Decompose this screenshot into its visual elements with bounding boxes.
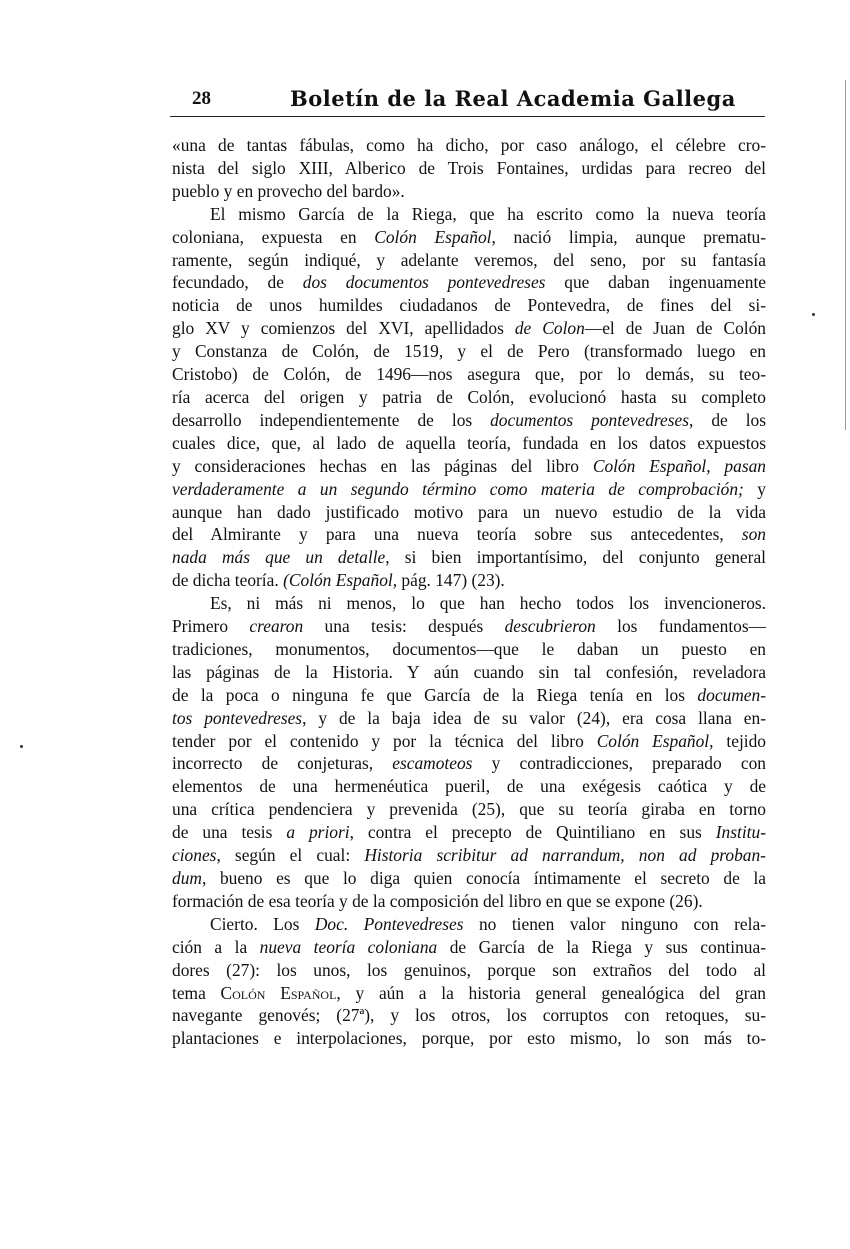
- italic-text: nueva teoría coloniana: [260, 937, 438, 957]
- text-line: coloniana, expuesta en Colón Español, na…: [172, 226, 766, 249]
- body-text: «una de tantas fábulas, como ha dicho, p…: [172, 134, 766, 1050]
- italic-text: Colón Español,: [597, 731, 714, 751]
- italic-text: a priori: [286, 822, 349, 842]
- italic-text: verdaderamente a un segundo término como…: [172, 479, 744, 499]
- text-line: nada más que un detalle, si bien importa…: [172, 546, 766, 569]
- italic-text: dos documentos pontevedreses: [303, 272, 546, 292]
- text-line: ramente, según indiqué, y adelante verem…: [172, 249, 766, 272]
- text-line: de la poca o ninguna fe que García de la…: [172, 684, 766, 707]
- italic-text: documentos pontevedreses: [490, 410, 689, 430]
- italic-text: documen-: [697, 685, 766, 705]
- italic-text: Colón Español, pasan: [593, 456, 766, 476]
- italic-text: Institu-: [716, 822, 766, 842]
- page-number: 28: [192, 88, 211, 110]
- text-line: dores (27): los unos, los genuinos, porq…: [172, 959, 766, 982]
- italic-text: Historia scribitur ad narrandum, non ad …: [364, 845, 766, 865]
- text-line: tradiciones, monumentos, documentos—que …: [172, 638, 766, 661]
- italic-text: de Colon: [515, 318, 585, 338]
- text-line: ría acerca del origen y patria de Colón,…: [172, 386, 766, 409]
- italic-text: Colón Español: [374, 227, 491, 247]
- text-line: de dicha teoría. (Colón Español, pág. 14…: [172, 569, 766, 592]
- text-line: Cierto. Los Doc. Pontevedreses no tienen…: [172, 913, 766, 936]
- italic-text: crearon: [249, 616, 303, 636]
- text-line: Cristobo) de Colón, de 1496—nos asegura …: [172, 363, 766, 386]
- text-line: fecundado, de dos documentos pontevedres…: [172, 271, 766, 294]
- text-line: tender por el contenido y por la técnica…: [172, 730, 766, 753]
- text-line: ción a la nueva teoría coloniana de Garc…: [172, 936, 766, 959]
- small-caps-text: Colón Español: [221, 983, 337, 1003]
- text-line: dum, bueno es que lo diga quien conocía …: [172, 867, 766, 890]
- text-line: El mismo García de la Riega, que ha escr…: [172, 203, 766, 226]
- text-line: Es, ni más ni menos, lo que han hecho to…: [172, 592, 766, 615]
- running-header: 28 Boletín de la Real Academia Gallega: [170, 86, 765, 117]
- italic-text: nada más que un detalle: [172, 547, 385, 567]
- text-line: navegante genovés; (27ª), y los otros, l…: [172, 1004, 766, 1027]
- italic-text: Doc. Pontevedreses: [315, 914, 464, 934]
- text-line: aunque han dado justificado motivo para …: [172, 501, 766, 524]
- text-line: pueblo y en provecho del bardo».: [172, 180, 766, 203]
- text-line: glo XV y comienzos del XVI, apellidados …: [172, 317, 766, 340]
- text-line: cuales dice, que, al lado de aquella teo…: [172, 432, 766, 455]
- text-line: elementos de una hermenéutica pueril, de…: [172, 775, 766, 798]
- text-line: y consideraciones hechas en las páginas …: [172, 455, 766, 478]
- italic-text: (Colón Español,: [283, 570, 397, 590]
- text-line: incorrecto de conjeturas, escamoteos y c…: [172, 752, 766, 775]
- italic-text: ciones: [172, 845, 216, 865]
- page-edge-line: [845, 80, 846, 430]
- text-line: formación de esa teoría y de la composic…: [172, 890, 766, 913]
- italic-text: tos pontevedreses: [172, 708, 302, 728]
- text-line: verdaderamente a un segundo término como…: [172, 478, 766, 501]
- text-line: desarrollo independientemente de los doc…: [172, 409, 766, 432]
- running-title: Boletín de la Real Academia Gallega: [290, 86, 736, 111]
- document-page: 28 Boletín de la Real Academia Gallega «…: [0, 0, 850, 1249]
- text-line: tos pontevedreses, y de la baja idea de …: [172, 707, 766, 730]
- speck: [812, 313, 815, 316]
- text-line: las páginas de la Historia. Y aún cuando…: [172, 661, 766, 684]
- text-line: tema Colón Español, y aún a la historia …: [172, 982, 766, 1005]
- text-line: y Constanza de Colón, de 1519, y el de P…: [172, 340, 766, 363]
- text-line: Primero crearon una tesis: después descu…: [172, 615, 766, 638]
- text-line: nista del siglo XIII, Alberico de Trois …: [172, 157, 766, 180]
- speck: [20, 745, 23, 748]
- text-line: de una tesis a priori, contra el precept…: [172, 821, 766, 844]
- italic-text: dum: [172, 868, 202, 888]
- text-line: una crítica pendenciera y prevenida (25)…: [172, 798, 766, 821]
- italic-text: escamoteos: [392, 753, 472, 773]
- italic-text: descubrieron: [505, 616, 596, 636]
- text-line: del Almirante y para una nueva teoría so…: [172, 523, 766, 546]
- text-line: ciones, según el cual: Historia scribitu…: [172, 844, 766, 867]
- text-line: plantaciones e interpolaciones, porque, …: [172, 1027, 766, 1050]
- italic-text: son: [742, 524, 766, 544]
- text-line: noticia de unos humildes ciudadanos de P…: [172, 294, 766, 317]
- text-line: «una de tantas fábulas, como ha dicho, p…: [172, 134, 766, 157]
